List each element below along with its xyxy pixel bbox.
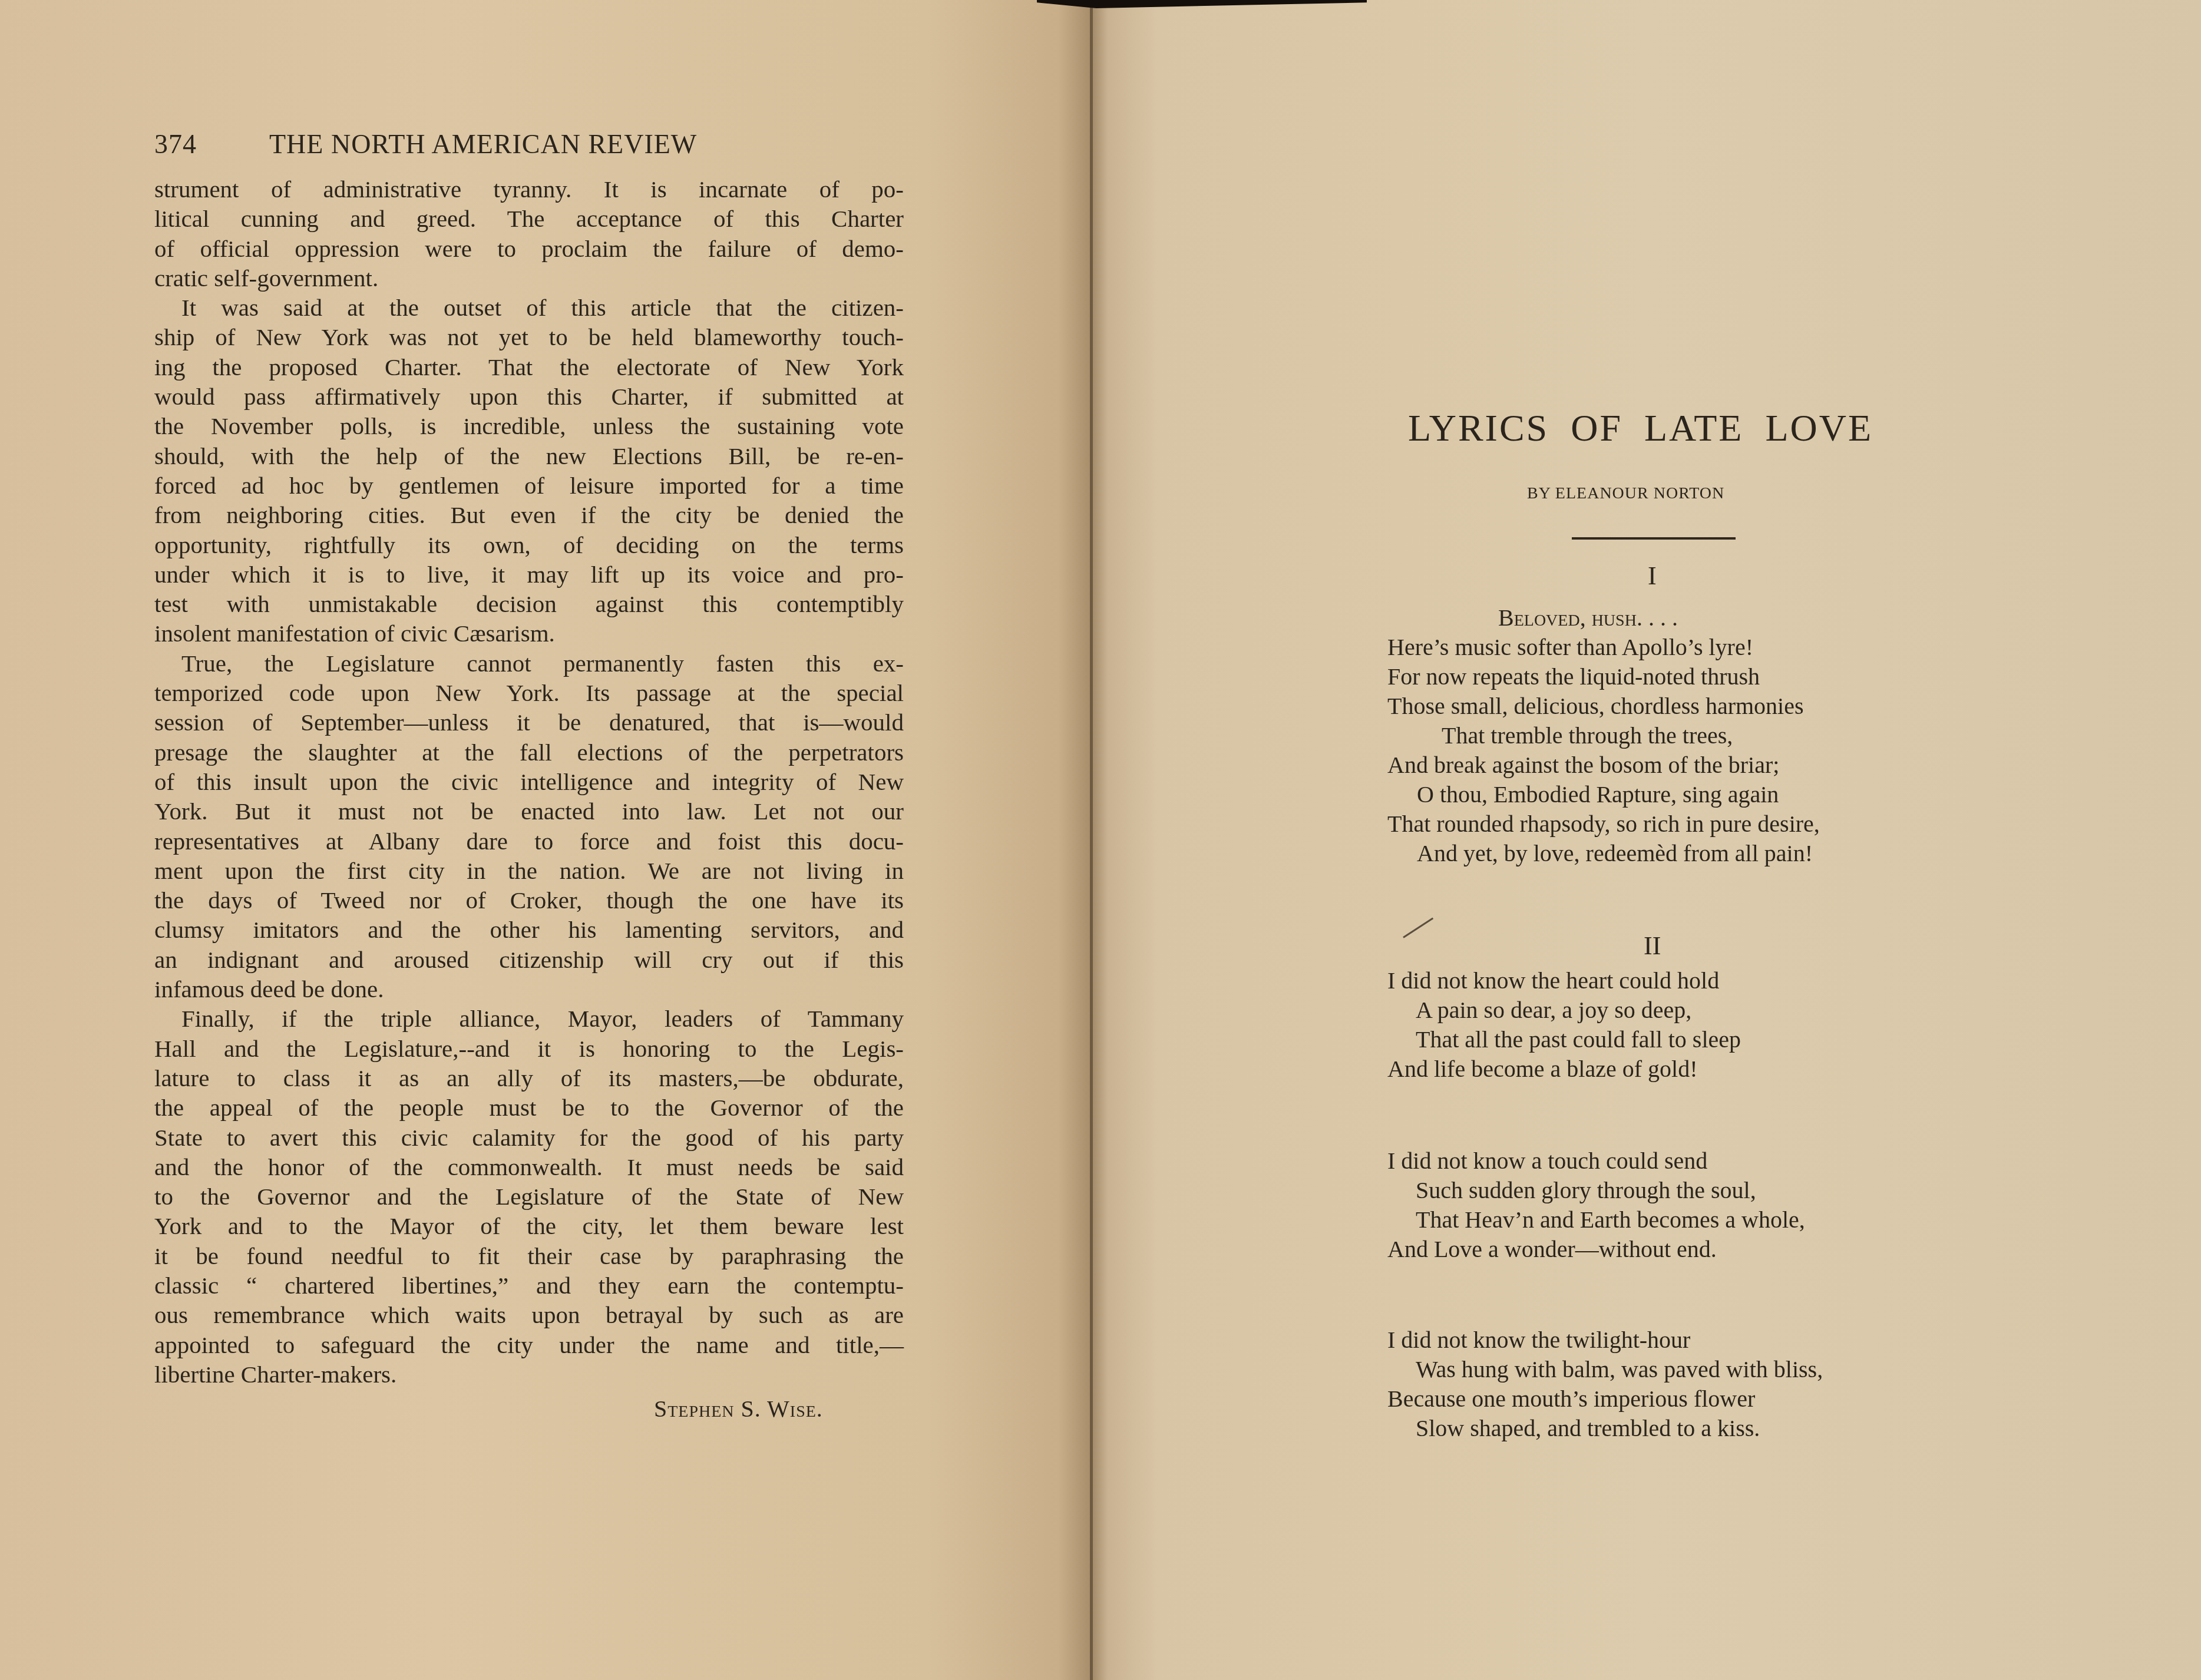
stanza: I did not know the heart could hold A pa… bbox=[1387, 966, 2012, 1084]
verse-line: Those small, delicious, chordless harmon… bbox=[1387, 692, 2012, 721]
verse-line: Beloved, hush. . . . bbox=[1387, 603, 2012, 633]
verse-line: And Love a wonder—without end. bbox=[1387, 1235, 2012, 1264]
text-line: under which it is to live, it may lift u… bbox=[154, 560, 904, 589]
text-line: York and to the Mayor of the city, let t… bbox=[154, 1211, 904, 1241]
stanza: I did not know the twilight-hour Was hun… bbox=[1387, 1325, 2012, 1443]
running-head: 374THE NORTH AMERICAN REVIEW bbox=[154, 128, 697, 160]
verse-line: A pain so dear, a joy so deep, bbox=[1387, 996, 2012, 1025]
verse-line: That Heav’n and Earth becomes a whole, bbox=[1387, 1205, 2012, 1235]
text-line: lature to class it as an ally of its mas… bbox=[154, 1063, 904, 1093]
verse-line: Here’s music softer than Apollo’s lyre! bbox=[1387, 633, 2012, 662]
left-page: 374THE NORTH AMERICAN REVIEW strument of… bbox=[0, 0, 1091, 1680]
verse-line: Slow shaped, and trembled to a kiss. bbox=[1387, 1414, 2012, 1443]
poem-title: LYRICS OF LATE LOVE bbox=[1408, 406, 1897, 450]
journal-title: THE NORTH AMERICAN REVIEW bbox=[269, 129, 697, 159]
text-line: classic “ chartered libertines,” and the… bbox=[154, 1271, 904, 1300]
text-line: insolent manifestation of civic Cæsarism… bbox=[154, 619, 904, 648]
text-line: ment upon the first city in the nation. … bbox=[154, 856, 904, 885]
stanza: Beloved, hush. . . . Here’s music softer… bbox=[1387, 603, 2012, 868]
paragraph-start-line: Finally, if the triple alliance, Mayor, … bbox=[154, 1004, 904, 1033]
verse-line: Because one mouth’s imperious flower bbox=[1387, 1384, 2012, 1414]
verse-line: That all the past could fall to sleep bbox=[1387, 1025, 2012, 1054]
text-line: of this insult upon the civic intelligen… bbox=[154, 767, 904, 796]
verse-line: And yet, by love, redeemèd from all pain… bbox=[1387, 839, 2012, 868]
text-line: infamous deed be done. bbox=[154, 974, 904, 1004]
text-line: forced ad hoc by gentlemen of leisure im… bbox=[154, 471, 904, 500]
text-line: litical cunning and greed. The acceptanc… bbox=[154, 204, 904, 233]
text-line: the days of Tweed nor of Croker, though … bbox=[154, 885, 904, 915]
author-signature: Stephen S. Wise. bbox=[654, 1395, 823, 1423]
text-line: to the Governor and the Legislature of t… bbox=[154, 1182, 904, 1211]
text-line: State to avert this civic calamity for t… bbox=[154, 1123, 904, 1152]
section-numeral: I bbox=[1648, 561, 1657, 591]
poem-byline: BY ELEANOUR NORTON bbox=[1527, 484, 1724, 503]
stanza: I did not know a touch could send Such s… bbox=[1387, 1146, 2012, 1264]
text-line: of official oppression were to proclaim … bbox=[154, 234, 904, 263]
book-gutter bbox=[1090, 6, 1093, 1680]
verse-line: I did not know a touch could send bbox=[1387, 1146, 2012, 1176]
verse-line: O thou, Embodied Rapture, sing again bbox=[1387, 780, 2012, 809]
text-line: the appeal of the people must be to the … bbox=[154, 1093, 904, 1122]
text-line: and the honor of the commonwealth. It mu… bbox=[154, 1152, 904, 1182]
text-line: representatives at Albany dare to force … bbox=[154, 826, 904, 856]
paragraph-start-line: It was said at the outset of this articl… bbox=[154, 293, 904, 322]
text-line: would pass affirmatively upon this Chart… bbox=[154, 382, 904, 411]
text-line: strument of administrative tyranny. It i… bbox=[154, 174, 904, 204]
verse-line: Such sudden glory through the soul, bbox=[1387, 1176, 2012, 1205]
verse-line: For now repeats the liquid-noted thrush bbox=[1387, 662, 2012, 692]
verse-line: That tremble through the trees, bbox=[1387, 721, 2012, 750]
text-line: an indignant and aroused citizenship wil… bbox=[154, 945, 904, 974]
text-line: the November polls, is incredible, unles… bbox=[154, 411, 904, 441]
verse-line: That rounded rhapsody, so rich in pure d… bbox=[1387, 809, 2012, 839]
text-line: ous remembrance which waits upon betraya… bbox=[154, 1300, 904, 1330]
text-line: opportunity, rightfully its own, of deci… bbox=[154, 530, 904, 560]
page-number: 374 bbox=[154, 128, 269, 160]
text-line: cratic self-government. bbox=[154, 263, 904, 293]
text-line: York. But it must not be enacted into la… bbox=[154, 796, 904, 826]
book-spread: 374THE NORTH AMERICAN REVIEW strument of… bbox=[0, 0, 2201, 1680]
text-line: appointed to safeguard the city under th… bbox=[154, 1330, 904, 1360]
text-line: test with unmistakable decision against … bbox=[154, 589, 904, 619]
text-line: should, with the help of the new Electio… bbox=[154, 441, 904, 471]
text-line: session of September—unless it be denatu… bbox=[154, 707, 904, 737]
text-line: temporized code upon New York. Its passa… bbox=[154, 678, 904, 707]
article-body: strument of administrative tyranny. It i… bbox=[154, 174, 904, 1389]
verse-line: And break against the bosom of the briar… bbox=[1387, 750, 2012, 780]
text-line: Hall and the Legislature,--and it is hon… bbox=[154, 1034, 904, 1063]
verse-line: Was hung with balm, was paved with bliss… bbox=[1387, 1355, 2012, 1384]
verse-line: And life become a blaze of gold! bbox=[1387, 1054, 2012, 1084]
text-line: ship of New York was not yet to be held … bbox=[154, 322, 904, 352]
text-line: clumsy imitators and the other his lamen… bbox=[154, 915, 904, 944]
paragraph-start-line: True, the Legislature cannot permanently… bbox=[154, 649, 904, 678]
text-line: from neighboring cities. But even if the… bbox=[154, 500, 904, 530]
verse-line: I did not know the heart could hold bbox=[1387, 966, 2012, 996]
text-line: it be found needful to fit their case by… bbox=[154, 1241, 904, 1271]
title-divider bbox=[1572, 537, 1736, 540]
text-line: presage the slaughter at the fall electi… bbox=[154, 738, 904, 767]
section-numeral: II bbox=[1644, 931, 1661, 961]
text-line: libertine Charter-makers. bbox=[154, 1360, 904, 1389]
text-line: ing the proposed Charter. That the elect… bbox=[154, 352, 904, 382]
verse-line: I did not know the twilight-hour bbox=[1387, 1325, 2012, 1355]
